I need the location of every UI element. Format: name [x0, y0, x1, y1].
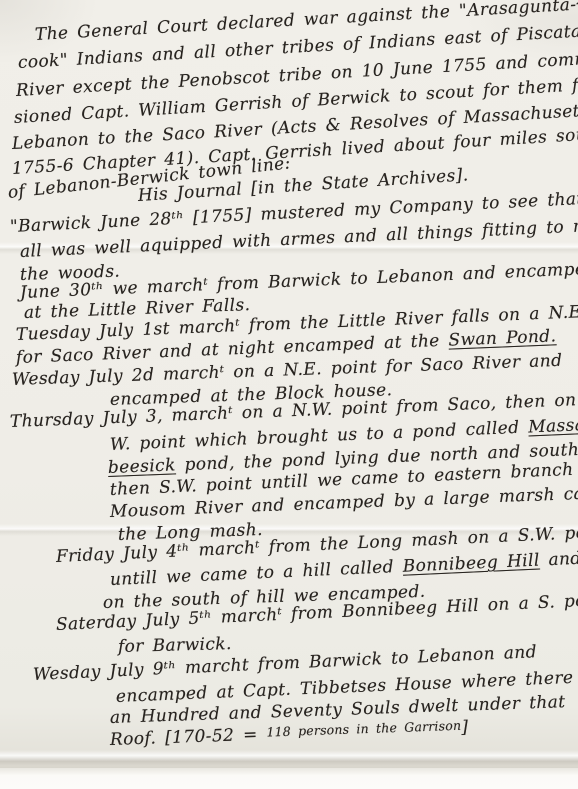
- underlined-place-name: Swan Pond.: [448, 326, 557, 350]
- underlined-place-name: beesick: [108, 455, 177, 478]
- handwritten-line: for Barwick.: [118, 635, 232, 658]
- document-scan: The General Court declared war against t…: [0, 0, 578, 789]
- paper-bottom-edge: [0, 768, 578, 789]
- line-text: ]: [461, 717, 469, 737]
- line-text: and: [539, 549, 578, 571]
- underlined-place-name: Massa-: [528, 415, 578, 438]
